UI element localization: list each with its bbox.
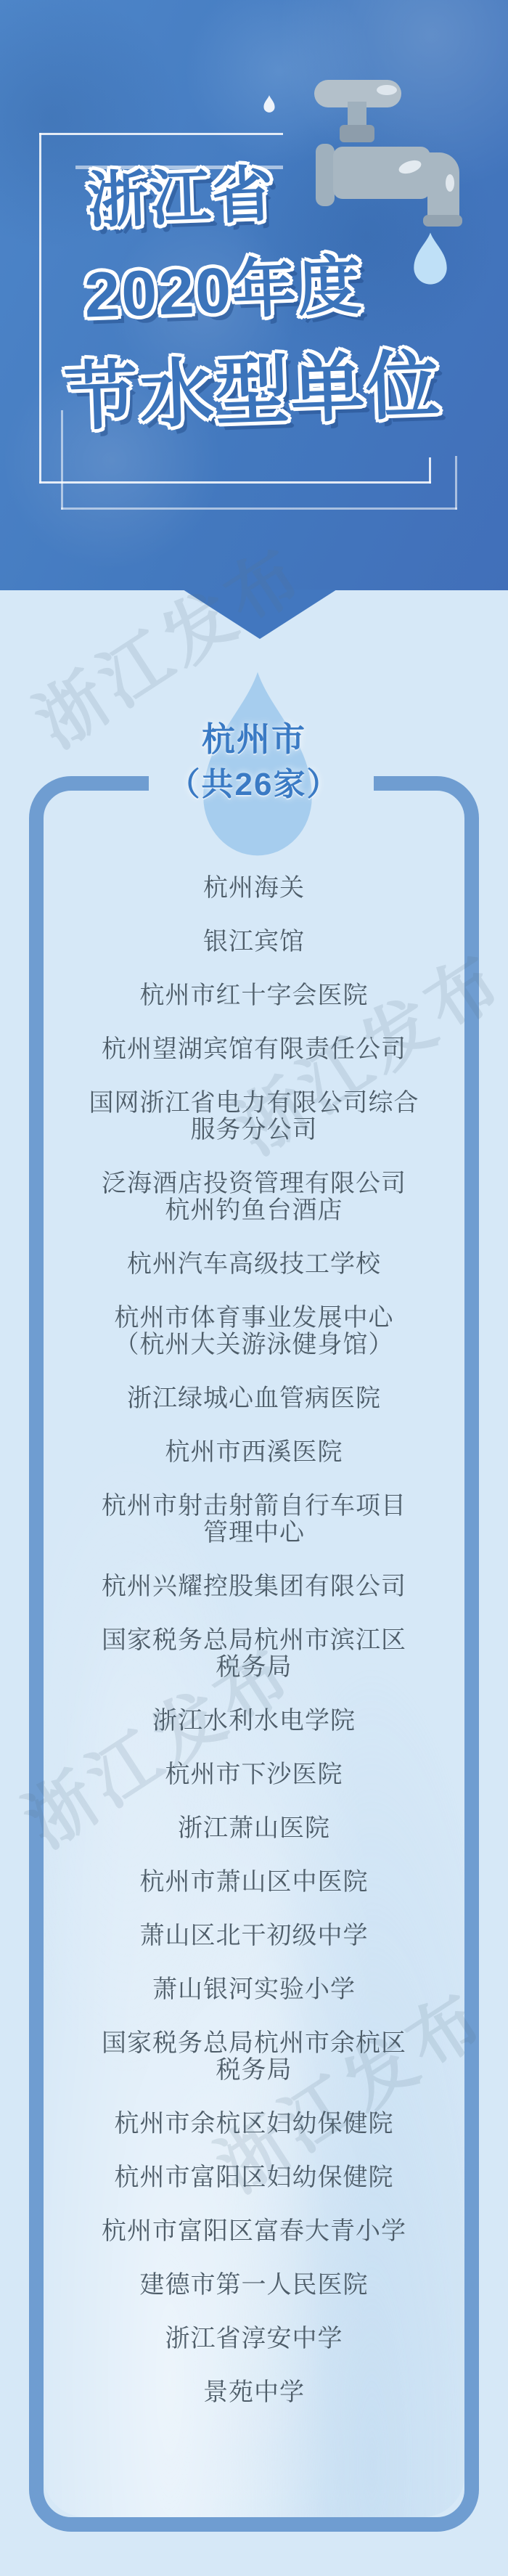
list-item: 建德市第一人民医院 — [140, 2272, 369, 2299]
decorative-line — [455, 456, 457, 510]
header-notch — [183, 590, 337, 639]
list-item: 浙江绿城心血管病医院 — [127, 1385, 381, 1412]
list-item: 杭州市下沙医院 — [165, 1761, 343, 1788]
decorative-line — [39, 481, 431, 484]
list-item: 国家税务总局杭州市滨江区 税务局 — [102, 1627, 406, 1681]
water-drop-icon — [411, 229, 450, 288]
decorative-line — [39, 133, 41, 484]
list-item: 杭州海关 — [203, 875, 305, 902]
decorative-line — [429, 457, 431, 484]
list-item: 杭州望湖宾馆有限责任公司 — [102, 1036, 406, 1063]
header-title-line-1: 浙江省 — [86, 146, 276, 240]
list-item: 杭州兴耀控股集团有限公司 — [102, 1573, 406, 1600]
list-item: 杭州市射击射箭自行车项目 管理中心 — [102, 1493, 406, 1546]
list-item: 银江宾馆 — [203, 929, 305, 955]
header-title-line-3: 节水型单位 — [62, 326, 443, 445]
list-item: 浙江萧山医院 — [178, 1815, 330, 1842]
decorative-line — [39, 133, 283, 135]
list-item: 景苑中学 — [203, 2379, 305, 2406]
list-item: 杭州汽车高级技工学校 — [127, 1251, 381, 1278]
decorative-line — [61, 410, 63, 510]
list-item: 杭州市体育事业发展中心 （杭州大关游泳健身馆） — [115, 1305, 394, 1358]
unit-list: 杭州海关 银江宾馆 杭州市红十字会医院 杭州望湖宾馆有限责任公司 国网浙江省电力… — [29, 791, 479, 2406]
list-item: 杭州市西溪医院 — [165, 1439, 343, 1466]
faucet-icon — [301, 74, 475, 230]
poster-page: 浙江省 2020年度 节水型单位 杭州市 （共26家） — [0, 0, 508, 2576]
list-item: 杭州市富阳区富春大青小学 — [102, 2218, 406, 2245]
list-item: 萧山区北干初级中学 — [140, 1923, 369, 1949]
list-item: 泛海酒店投资管理有限公司 杭州钓鱼台酒店 — [102, 1170, 406, 1224]
city-name: 杭州市 — [0, 713, 508, 761]
list-item: 国家税务总局杭州市余杭区 税务局 — [102, 2030, 406, 2084]
list-item: 杭州市萧山区中医院 — [140, 1869, 369, 1896]
list-item: 浙江省淳安中学 — [165, 2326, 343, 2352]
list-item: 浙江水利水电学院 — [152, 1708, 356, 1735]
list-item: 国网浙江省电力有限公司综合 服务分公司 — [89, 1090, 419, 1144]
list-item: 萧山银河实验小学 — [152, 1976, 356, 2003]
header-title-line-2: 2020年度 — [83, 235, 364, 335]
water-drop-icon — [263, 94, 276, 113]
list-item: 杭州市富阳区妇幼保健院 — [115, 2164, 394, 2191]
decorative-line — [61, 508, 457, 510]
header-banner: 浙江省 2020年度 节水型单位 — [0, 0, 508, 590]
list-item: 杭州市余杭区妇幼保健院 — [115, 2111, 394, 2137]
list-item: 杭州市红十字会医院 — [140, 982, 369, 1009]
